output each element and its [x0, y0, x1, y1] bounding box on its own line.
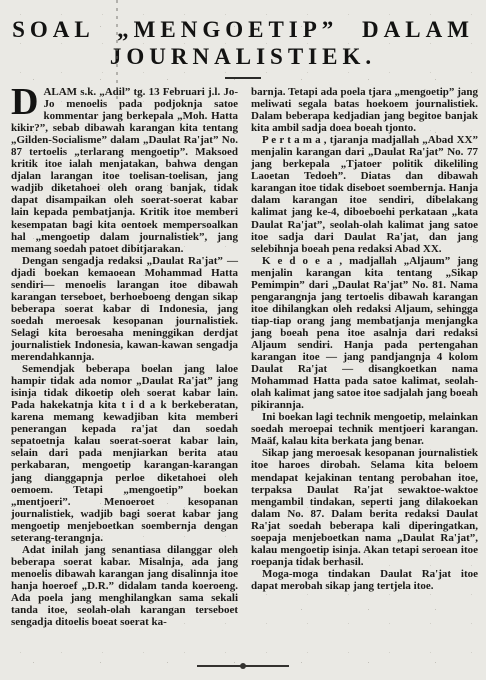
paragraph: Adat inilah jang senantiasa dilanggar ol…: [11, 544, 238, 628]
article-header: SOAL „MENGOETIP” DALAM JOURNALISTIEK.: [0, 0, 486, 79]
paragraph: K e d o e a , madjallah „Aljaum” jang me…: [251, 255, 478, 412]
newspaper-page: SOAL „MENGOETIP” DALAM JOURNALISTIEK. DA…: [0, 0, 486, 680]
end-divider-dot: [240, 663, 246, 669]
paragraph: Ini boekan lagi technik mengoetip, melai…: [251, 411, 478, 447]
paragraph: P e r t a m a , tjaranja madjallah „Abad…: [251, 134, 478, 254]
scan-artifact: [116, 0, 118, 102]
end-divider: [197, 665, 289, 667]
page-title-line-1: SOAL „MENGOETIP” DALAM: [0, 16, 486, 43]
column-right: barnja. Tetapi ada poela tjara „mengoeti…: [251, 86, 478, 628]
page-title-line-2: JOURNALISTIEK.: [0, 43, 486, 70]
paragraph: DALAM s.k. „Adil” tg. 13 Februari j.l. J…: [11, 86, 238, 255]
column-left: DALAM s.k. „Adil” tg. 13 Februari j.l. J…: [11, 86, 238, 628]
paragraph: Dengan sengadja redaksi „Daulat Ra'jat” …: [11, 255, 238, 363]
paragraph: barnja. Tetapi ada poela tjara „mengoeti…: [251, 86, 478, 134]
article-body: DALAM s.k. „Adil” tg. 13 Februari j.l. J…: [0, 79, 486, 628]
paragraph-text: ALAM s.k. „Adil” tg. 13 Februari j.l. Jo…: [11, 86, 238, 255]
paragraph: Semendjak beberapa boelan jang laloe ham…: [11, 363, 238, 544]
paragraph: Sikap jang meroesak kesopanan journalist…: [251, 447, 478, 567]
paragraph: Moga-moga tindakan Daulat Ra'jat itoe da…: [251, 568, 478, 592]
page-title: SOAL „MENGOETIP” DALAM JOURNALISTIEK.: [0, 16, 486, 70]
drop-cap: D: [11, 86, 43, 118]
